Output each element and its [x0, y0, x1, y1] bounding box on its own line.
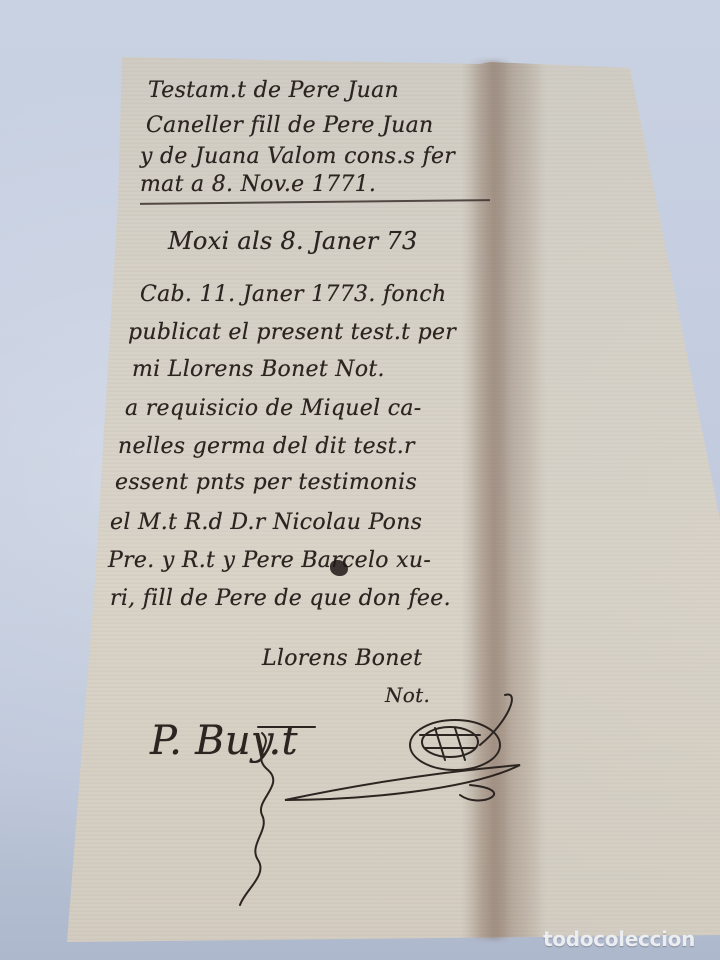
notary-signature-title: Not.	[385, 683, 430, 707]
watermark-label: todocoleccion	[543, 927, 695, 951]
heading-line-1: Testam.t de Pere Juan	[148, 78, 399, 103]
heading-line-2: Caneller fill de Pere Juan	[146, 113, 434, 138]
body-line-7: el M.t R.d D.r Nicolau Pons	[110, 510, 422, 535]
body-line-5: nelles germa del dit test.r	[118, 434, 415, 459]
body-line-4: a requisicio de Miquel ca-	[125, 396, 422, 421]
body-line-8: Pre. y R.t y Pere Barcelo xu-	[108, 548, 431, 573]
fold-stain	[470, 60, 510, 940]
heading-line-3: y de Juana Valom cons.s fer	[140, 144, 455, 169]
body-line-6: essent pnts per testimonis	[115, 470, 417, 495]
body-line-1: Cab. 11. Janer 1773. fonch	[140, 282, 446, 307]
date-line: Moxi als 8. Janer 73	[168, 227, 418, 255]
body-line-9: ri, fill de Pere de que don fee.	[110, 586, 451, 611]
ink-blot	[330, 560, 348, 576]
left-signature: P. Buy.t	[150, 718, 298, 764]
heading-line-4: mat a 8. Nov.e 1771.	[140, 172, 376, 197]
body-line-3: mi Llorens Bonet Not.	[132, 357, 385, 382]
body-line-2: publicat el present test.t per	[128, 320, 456, 345]
notary-signature-name: Llorens Bonet	[262, 646, 422, 671]
